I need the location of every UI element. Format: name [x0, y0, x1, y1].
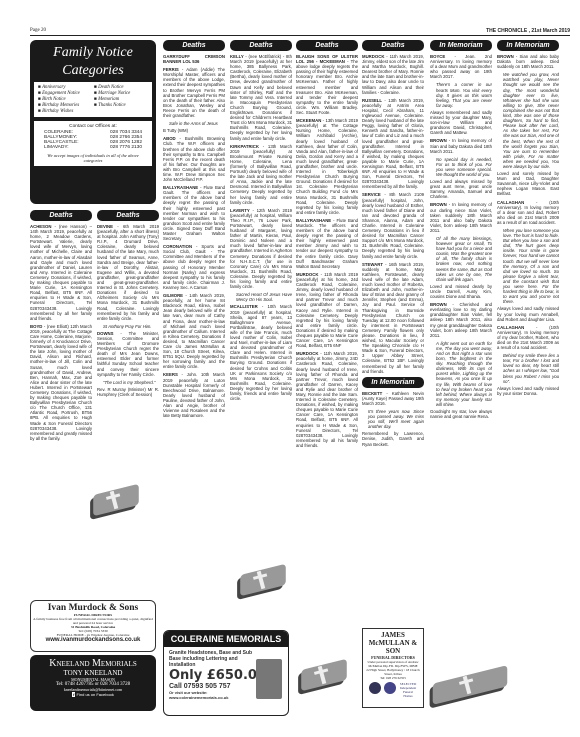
notice: BALLYRASHANE - Flute Band Gault. The off… [163, 185, 225, 241]
notice: BOYCE - Jean. 2nd Anniversary. In loving… [430, 54, 492, 79]
notice-verse: Sacred Heart Of Jesus Have Mercy On His … [230, 292, 292, 302]
section-banner: Deaths [296, 40, 358, 51]
ad-address: 22 High Street, Ballymoney / 18 Church S… [365, 668, 421, 676]
ad-title: Ivan Murdock & Sons [33, 603, 153, 613]
notice-column: In MemoriamBOYCE - Jean. 2nd Anniversary… [430, 40, 492, 690]
notice-text: - 14th March 2019, peacefully, at her ho… [163, 293, 225, 369]
contact-offices: Contact our Offices at: COLERAINE:028 70… [34, 121, 152, 166]
notice: KEERS - John. 10th March 2019 peacefully… [163, 372, 225, 418]
notice-text: - (nee Hanson) – 14th March 2019, peacef… [30, 224, 92, 321]
section-banner: In Memoriam [362, 377, 424, 388]
page-number: Page 20 [30, 28, 46, 35]
notice-text: - In loving memory of our darling niece … [430, 202, 492, 232]
notice: BALLYRASHANE - Flute Band Murdock. The o… [296, 218, 358, 269]
notice-text: - Sports and Social Club, Gault - The Co… [163, 244, 225, 290]
notice: BROWN - Sian and also baby Dakota born a… [497, 54, 559, 69]
ad-desc: A family business free from all multinat… [33, 617, 153, 625]
notice: BROWN - In loving memory of Sian and bab… [430, 138, 492, 153]
ad-tel: Tel: 028 276 62355 [365, 676, 421, 680]
page-header: Page 20 THE CHRONICLE , 21st March 2019 [30, 28, 570, 36]
notice-text: - 11th March 2019, Jimmy, eldest son of … [362, 54, 424, 95]
notice-text: - 13th March 2019, peacefully at Antrim … [362, 98, 424, 190]
notice-text: - Cherished and everlasting love to my d… [430, 302, 492, 338]
notice-signoff: Always loved and sadly missed by your si… [497, 386, 559, 396]
category-item: Death Notice [94, 85, 148, 90]
notice: MURDOCK - 11th March 2019, peacefully at… [296, 351, 358, 448]
images-note: We accept images of individuals in all o… [38, 153, 148, 163]
notice-signoff: Remembered by Lawrence, Denise, Judith, … [362, 431, 424, 446]
category-item: Anniversary [38, 85, 92, 90]
notice-column: DeathsKELLY - (nee McElfatrick) - 8th Ma… [230, 40, 292, 630]
notice-signoff: B Tutty (WM) [163, 128, 225, 133]
notice-text: - Bushmills Browning Club. The W.P. offi… [163, 136, 225, 182]
notice-text: - 13th March 2019 (peacefully) at Brookm… [230, 144, 292, 205]
seal-icon [384, 682, 396, 694]
notice-text: - 12th March 2019 (peacefully) at hospit… [230, 208, 292, 289]
headstone-icon [256, 659, 282, 699]
section-banner: Deaths [30, 210, 92, 221]
notice-signoff: Goodnight my star, love always nannie an… [430, 409, 492, 419]
notice: ACHESON - (nee Hanson) – 14th March 2019… [30, 224, 92, 321]
notice: DOWNS - The Minister, Session, Committee… [97, 331, 159, 377]
notice: STEWART - 16th March 2019, suddenly at h… [362, 262, 424, 374]
bible-icon [237, 565, 289, 595]
notice-text: - 6th March 2019 (peacefully, after a sh… [97, 224, 159, 321]
ad-title: Kneeland Memorials [33, 658, 153, 669]
bible-icon [430, 670, 510, 700]
notice: BOYD - (nee Elliott) 12th March 2019, pe… [30, 324, 92, 441]
family-notice-categories-box: Family Notice Categories AnniversaryDeat… [30, 40, 156, 204]
notice-column: DeathsMURDOCK - 11th March 2019, Jimmy, … [362, 40, 424, 625]
notice-text: - 13th March 2019 (peacefully) at The Co… [296, 118, 358, 215]
notice: GARRYDUFF CRIMSON BANNER LOL 536 [163, 54, 225, 64]
notice-column: DeathsDEVINE - 6th March 2019 (peacefull… [97, 210, 159, 450]
notice-text: - 11th March 2019 (peacefully) at his ho… [296, 272, 358, 348]
notice-verse: Behind my smile there lies a tear, For a… [497, 353, 559, 384]
notice-column: DeathsBLAUGH SONS OF ULSTER LOL 256 - MC… [296, 40, 358, 565]
bible-icon [90, 485, 142, 515]
categories-title: Family Notice Categories [34, 44, 152, 80]
section-banner: Deaths [362, 40, 424, 51]
coleraine-memorials-ad: COLERAINE MEMORIALS Granite Headstones, … [163, 630, 289, 716]
notice-text: - Flute Band Gault. The officers and mem… [163, 185, 225, 241]
notice-signoff: Loved and always missed by great aunt Ir… [430, 179, 492, 199]
notice: DEVINE - 6th March 2019 (peacefully, aft… [97, 224, 159, 321]
ad-desc: Granite Headstones, Base and Sub Base in… [169, 650, 254, 668]
notice-signoff: Loved and sorely missed by Mum and Dad, … [497, 171, 559, 196]
notice-column: DeathsACHESON - (nee Hanson) – 14th Marc… [30, 210, 92, 480]
notice-signoff: Rev. R Murray (Minister) Mr R. Humphrey … [97, 387, 159, 397]
ad-title: JAMES McMULLAN & SON [365, 631, 421, 655]
mcmullan-ad: JAMES McMULLAN & SON FUNERAL DIRECTORS U… [362, 628, 424, 708]
ivan-murdock-ad: Ivan Murdock & Sons FUNERAL DIRECTORS A … [30, 600, 156, 652]
notice-text: - Adam (Addie) The Worshipful Master, of… [163, 67, 225, 118]
notice-verse: Of all the many blessings, however great… [430, 236, 492, 282]
notice-verse: It's three years now. Since you passed a… [362, 409, 424, 429]
notice: LAVERTY - 12th March 2019 (peacefully) a… [230, 208, 292, 290]
notice: BROWN - In loving memory of our darling … [430, 202, 492, 233]
notice-signoff: Loved and missed dearly by Uncle Darrell… [430, 284, 492, 299]
notice-text: - Flute Band Murdock. The officers and m… [296, 218, 358, 269]
notice-text: - 16th March 2019, suddenly at home, Mar… [362, 262, 424, 374]
kneeland-memorials-ad: Kneeland Memorials TONY KNEELAND MONUMEN… [30, 655, 156, 711]
notice-signoff: Always loved and sadly missed by your lo… [497, 306, 559, 321]
notice-verse: When you lose someone you love. The hurt… [497, 228, 559, 304]
notice: KIRKPATRICK - 13th March 2019 (peacefull… [230, 144, 292, 205]
selected-badge: SELECTED Independent Funeral Homes [399, 682, 417, 698]
ad-url[interactable]: www.ivanmurdockandsons.co.uk [33, 637, 153, 643]
category-item: Memoriam [94, 97, 148, 102]
notice-text: - (nee Elliott) 12th March 2019, peacefu… [30, 324, 92, 441]
notice-verse: A light went out on earth for me, The da… [430, 341, 492, 407]
seal-icon [369, 682, 381, 694]
notice-text: - (nee McElfatrick) - 8th March 2019 (pe… [230, 54, 292, 141]
notice: BECKETT - Kathleen Nevin (Aunty Kaye) Pa… [362, 391, 424, 406]
notice-text: - 8th March 2109 (peacefully) hospital, … [362, 192, 424, 258]
section-banner: In Memoriam [430, 40, 492, 51]
bible-icon [298, 660, 350, 690]
category-item: Thanks Notice [94, 103, 148, 108]
section-banner: Deaths [97, 210, 159, 221]
facebook-icon[interactable]: f Find us on Facebook [33, 692, 153, 697]
notice-verse: St Anthony Pray For Him. [97, 324, 159, 329]
notice-text: - The Minister, Session, Committee and M… [97, 331, 159, 377]
notice: BLAUGH SONS OF ULSTER LOL 256 - MCKEEMAN… [296, 54, 358, 115]
notice-text: - 11th March 2019, peacefully at home, J… [296, 351, 358, 448]
ad-person: TONY KNEELAND [33, 669, 153, 677]
notice-text: - The above lodge deeply regrets the pas… [296, 59, 358, 115]
notice: CALLAGHAN - (10th Anniversary). In lovin… [497, 325, 559, 350]
notice-column: In MemoriamBROWN - Sian and also baby Da… [497, 40, 559, 690]
notice: MCKEEMAN - 13th March 2019 (peacefully) … [296, 118, 358, 215]
masthead: THE CHRONICLE , 21st March 2019 [486, 28, 570, 35]
notice-verse: We watched you grow, And watched you pla… [497, 72, 559, 169]
category-item: Engagement Notice [38, 91, 92, 96]
notice: BROWN - Cherished and everlasting love t… [430, 302, 492, 338]
notice-column: DeathsGARRYDUFF CRIMSON BANNER LOL 536 F… [163, 40, 225, 630]
notice: CALLAGHAN - (10th Anniversary). In lovin… [497, 200, 559, 225]
notice-verse: "The Lord is my Shepherd." [97, 380, 159, 385]
notice: RUSSELL - 13th March 2019, peacefully at… [362, 98, 424, 190]
notice: FERRIS - Adam (Addie) The Worshipful Mas… [163, 67, 225, 118]
section-banner: In Memoriam [497, 40, 559, 51]
notice-signoff: Always remembered and sadly missed by yo… [430, 110, 492, 135]
notice: MCALLISTER - 10th March 2019 (peacefully… [230, 304, 292, 401]
category-item: Birth Notice [38, 97, 92, 102]
notice: SERVICE - 8th March 2109 (peacefully) ho… [362, 192, 424, 258]
notice: CORONATION - Sports and Social Club, Gau… [163, 244, 225, 290]
category-item: Marriage Notice [94, 91, 148, 96]
section-banner: Deaths [163, 40, 225, 51]
category-item: Birthday Memories [38, 103, 92, 108]
ad-title: COLERAINE MEMORIALS [164, 631, 288, 647]
category-list: AnniversaryDeath NoticeEngagement Notice… [34, 82, 152, 117]
section-banner: Deaths [230, 40, 292, 51]
notice-verse: There's a corner in our hearts Mum. You … [430, 82, 492, 107]
notice: ABOD - Bushmills Browning Club. The W.P.… [163, 136, 225, 182]
notice: GILMORE - 14th March 2019, peacefully, a… [163, 293, 225, 369]
category-item: Birthday Wishes [38, 109, 92, 114]
office-row: LIMAVADY:028 7776 2130 [38, 145, 148, 150]
notice-text: - 10th March 2019 (peacefully) at hospit… [230, 304, 292, 401]
notice-verse: Safe in the Arms of Jesus [163, 121, 225, 126]
notice: KELLY - (nee McElfatrick) - 8th March 20… [230, 54, 292, 141]
office-phone: 028 7776 2130 [110, 145, 142, 150]
office-name: LIMAVADY: [44, 145, 69, 150]
notice-text: - John. 10th March 2019 peacefully at Lu… [163, 372, 225, 418]
notice-name: GARRYDUFF CRIMSON BANNER LOL 536 [163, 54, 225, 64]
notice-verse: No special day is needed, For us to thin… [430, 157, 492, 177]
notice: MURDOCK - 11th March 2019 (peacefully) a… [296, 272, 358, 348]
notice: MURDOCK - 11th March 2019, Jimmy, eldest… [362, 54, 424, 95]
contact-heading: Contact our Offices at: [38, 124, 148, 129]
ad-desc: Under personal supervision of Andrew McM… [365, 660, 421, 668]
